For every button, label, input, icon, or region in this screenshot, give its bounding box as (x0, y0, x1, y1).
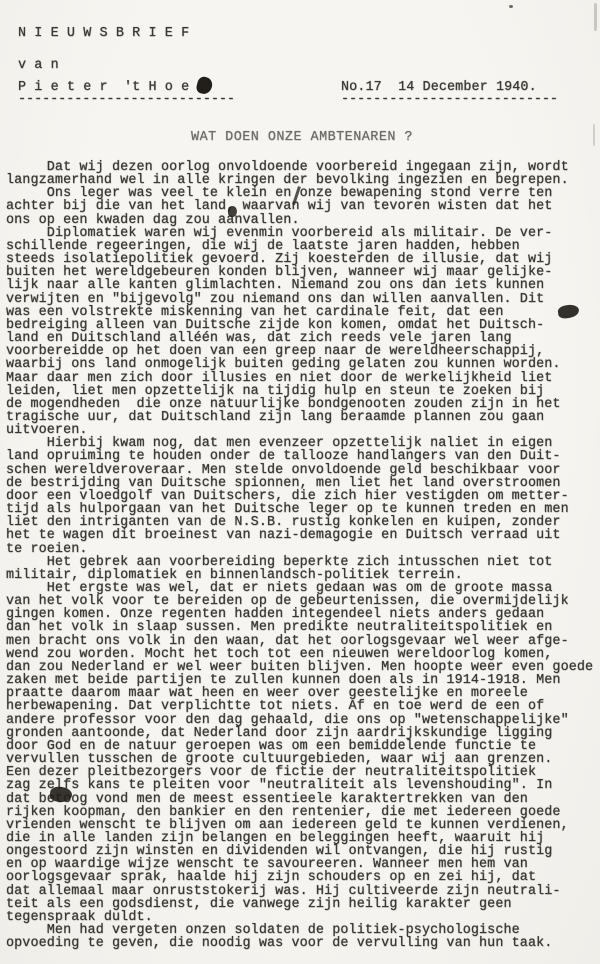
scanned-newsletter-page: N I E U W S B R I E F v a n P i e t e r … (0, 0, 600, 964)
article-paragraph: Het ergste was wel, dat er niets gedaan … (6, 582, 598, 924)
scan-edge-mark (593, 124, 595, 146)
article-heading: WAT DOEN ONZE AMBTENAREN ? (6, 131, 598, 145)
article-paragraph: Dat wij dezen oorlog onvoldoende voorber… (6, 161, 598, 187)
issue-underline: --------------------------- (341, 92, 558, 107)
scan-edge-mark (594, 3, 597, 31)
byline-van: v a n (18, 58, 59, 73)
article-body: WAT DOEN ONZE AMBTENAREN ? Dat wij dezen… (6, 131, 598, 950)
article-paragraph: Hierbij kwam nog, dat men evenzeer opzet… (6, 437, 598, 555)
publication-title: N I E U W S B R I E F (18, 26, 189, 41)
article-paragraph: Ons leger was veel te klein en onze bewa… (6, 187, 598, 226)
article-paragraph: Diplomatiek waren wij evenmin voorbereid… (6, 227, 598, 438)
paper-speck (509, 5, 513, 8)
article-paragraph: Men had vergeten onzen soldaten de polit… (6, 924, 598, 950)
author-underline: --------------------------- (18, 92, 235, 107)
article-paragraph: Het gebrek aan voorbereiding beperkte zi… (6, 556, 598, 582)
